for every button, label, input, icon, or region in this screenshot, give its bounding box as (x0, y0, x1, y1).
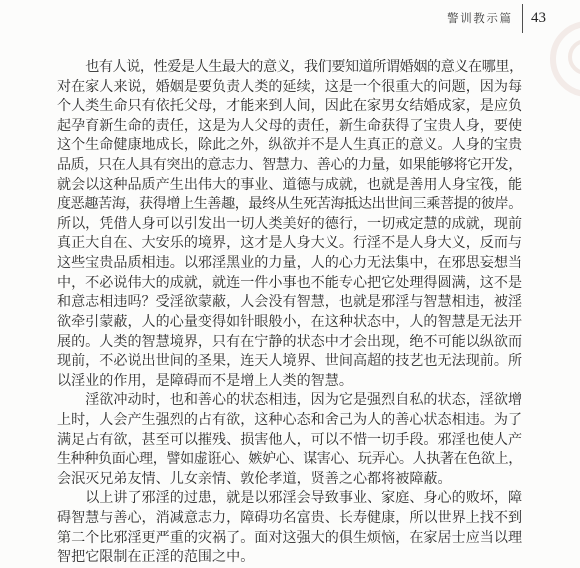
book-page: 警训教示篇 43 也有人说，性爱是人生最大的意义，我们要知道所谓婚姻的意义在哪里… (0, 0, 580, 568)
header-divider-line (522, 4, 523, 33)
text-line: 会泯灭兄弟友情、儿女亲情、敦伦孝道，贤善之心都将被障蔽。 (57, 470, 523, 490)
page-body-text: 也有人说，性爱是人生最大的意义，我们要知道所谓婚姻的意义在哪里，对在家人来说，婚… (57, 58, 523, 568)
text-line: 欲牵引蒙蔽，人的心量变得如针眼般小，在这种状态中，人的智慧是无法开 (57, 313, 523, 333)
text-line: 个人类生命只有依托父母，才能来到人间，因此在家男女结婚成家，是应负 (57, 97, 523, 117)
text-line: 以淫业的作用，是障碍而不是增上人类的智慧。 (57, 372, 523, 392)
text-line: 第二个比邪淫更严重的灾祸了。面对这强大的俱生烦恼，在家居士应当以理 (57, 529, 523, 549)
text-line: 现前，不必说出世间的圣果，连天人境界、世间高超的技艺也无法现前。所 (57, 352, 523, 372)
text-line: 展的。人类的智慧境界，只有在宁静的状态中才会出现，绝不可能以纵欲而 (57, 333, 523, 353)
watermark-circle-outer (550, 21, 580, 97)
text-line: 对在家人来说，婚姻是要负责人类的延续，这是一个很重大的问题，因为每 (57, 78, 523, 98)
text-line: 和意志相违吗？受淫欲蒙蔽，人会没有智慧，也就是邪淫与智慧相违，被淫 (57, 293, 523, 313)
text-line: 满足占有欲，甚至可以摧残、损害他人，可以不惜一切手段。邪淫也使人产 (57, 431, 523, 451)
page-number: 43 (531, 10, 546, 27)
watermark-circle-inner (568, 39, 580, 75)
text-line: 生种种负面心理，譬如虚诳心、嫉妒心、谋害心、玩弄心。人执著在色欲上， (57, 450, 523, 470)
text-line: 品质，只在人具有突出的意志力、智慧力、善心的力量，如果能够将它开发， (57, 156, 523, 176)
text-line: 真正大自在、大安乐的境界，这才是人身大义。行淫不是人身大义，反而与 (57, 234, 523, 254)
text-line: 也有人说，性爱是人生最大的意义，我们要知道所谓婚姻的意义在哪里， (57, 58, 523, 78)
page-header: 警训教示篇 43 (447, 3, 546, 33)
chapter-title: 警训教示篇 (447, 10, 513, 26)
text-line: 这些宝贵品质相违。以邪淫黑业的力量，人的心力无法集中，在邪思妄想当 (57, 254, 523, 274)
text-line: 以上讲了邪淫的过患，就是以邪淫会导致事业、家庭、身心的败坏，障 (57, 489, 523, 509)
text-line: 上时，人会产生强烈的占有欲，这种心态和舍己为人的善心状态相违。为了 (57, 411, 523, 431)
text-line: 这个生命健康地成长，除此之外，纵欲并不是人生真正的意义。人身的宝贵 (57, 136, 523, 156)
text-line: 所以，凭借人身可以引发出一切人类美好的德行，一切戒定慧的成就，现前 (57, 215, 523, 235)
text-line: 中，不必说伟大的成就，就连一件小事也不能专心把它处理得圆满，这不是 (57, 274, 523, 294)
text-line: 智把它限制在正淫的范围之中。 (57, 548, 523, 568)
text-line: 度恶趣苦海，获得增上生善趣，最终从生死苦海抵达出世间三乘菩提的彼岸。 (57, 195, 523, 215)
text-line: 淫欲冲动时，也和善心的状态相违，因为它是强烈自私的状态，淫欲增 (57, 391, 523, 411)
text-line: 碍智慧与善心，消减意志力，障碍功名富贵、长寿健康，所以世界上找不到 (57, 509, 523, 529)
text-line: 就会以这种品质产生出伟大的事业、道德与成就，也就是善用人身宝筏，能 (57, 176, 523, 196)
text-line: 起孕育新生命的责任，这是为人父母的责任，新生命获得了宝贵人身，要使 (57, 117, 523, 137)
